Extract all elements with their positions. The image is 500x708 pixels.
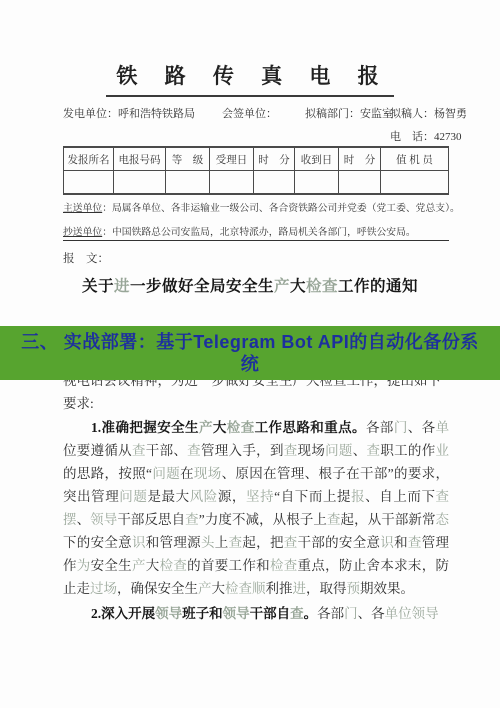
- table-header-row: 发报所名 电报号码 等 级 受理日 时 分 收到日 时 分 值 机 员: [64, 147, 449, 171]
- document-title: 铁 路 传 真 电 报: [0, 60, 500, 97]
- meta-drafter: 拟稿人：杨智勇: [390, 105, 467, 121]
- table-header-cell: 时 分: [254, 147, 295, 171]
- table-empty-cell: [381, 171, 449, 195]
- notice-body: 视电话会议精神，为进一步做好安全生产大检查工作，提出如下 要求: 1.准确把握安…: [63, 369, 449, 625]
- overlay-banner: 三、 实战部署：基于Telegram Bot API的自动化备份系统: [0, 326, 500, 380]
- cc-recipients-label: 抄送单位: [63, 227, 102, 238]
- paragraph-1: 1.准确把握安全生产大检查工作思路和重点。各部门、各单位要遵循从查干部、查管理入…: [63, 416, 449, 600]
- meta-sender-unit: 发电单位：呼和浩特铁路局: [63, 105, 195, 121]
- table-empty-row: [64, 171, 449, 195]
- meta-phone: 电 话：42730: [390, 128, 462, 144]
- main-recipients-text: ：局属各单位、各非运输业一级公司、各合资铁路公司并党委（党工委、党总支）。: [102, 203, 460, 214]
- fax-telegram-page: 铁 路 传 真 电 报 发电单位：呼和浩特铁路局 会签单位： 拟稿部门：安监室 …: [0, 0, 500, 708]
- requirement-line: 要求:: [63, 392, 449, 415]
- table-header-cell: 等 级: [166, 147, 210, 171]
- meta-countersign-unit: 会签单位：: [222, 105, 277, 121]
- main-recipients-line: 主送单位：局属各单位、各非运输业一级公司、各合资铁路公司并党委（党工委、党总支）…: [63, 200, 455, 214]
- main-recipients-label: 主送单位: [63, 203, 102, 214]
- table-header-cell: 电报号码: [114, 147, 166, 171]
- cc-recipients-text: ：中国铁路总公司安监局，北京特派办，路局机关各部门，呼铁公安局。: [102, 227, 416, 238]
- table-empty-cell: [254, 171, 295, 195]
- table-empty-cell: [339, 171, 381, 195]
- table-header-cell: 收到日: [295, 147, 339, 171]
- table-header-cell: 发报所名: [64, 147, 114, 171]
- document-title-text: 铁 路 传 真 电 报: [106, 60, 393, 97]
- table-empty-cell: [295, 171, 339, 195]
- table-empty-cell: [64, 171, 114, 195]
- table-header-cell: 时 分: [339, 147, 381, 171]
- table-header-cell: 受理日: [210, 147, 254, 171]
- banner-heading: 三、 实战部署：基于Telegram Bot API的自动化备份系统: [0, 331, 500, 375]
- table-empty-cell: [166, 171, 210, 195]
- notice-title: 关于进一步做好全局安全生产大检查工作的通知: [0, 274, 500, 296]
- message-label: 报 文：: [63, 250, 109, 266]
- paragraph-2: 2.深入开展领导班子和领导干部自查。各部门、各单位领导: [63, 602, 449, 625]
- cc-recipients-line: 抄送单位：中国铁路总公司安监局，北京特派办，路局机关各部门，呼铁公安局。: [63, 224, 455, 238]
- telegram-info-table: 发报所名 电报号码 等 级 受理日 时 分 收到日 时 分 值 机 员: [63, 146, 449, 195]
- table-empty-cell: [210, 171, 254, 195]
- table-header-cell: 值 机 员: [381, 147, 449, 171]
- meta-draft-department: 拟稿部门：安监室: [305, 105, 393, 121]
- separator-rule: [63, 240, 449, 241]
- table-empty-cell: [114, 171, 166, 195]
